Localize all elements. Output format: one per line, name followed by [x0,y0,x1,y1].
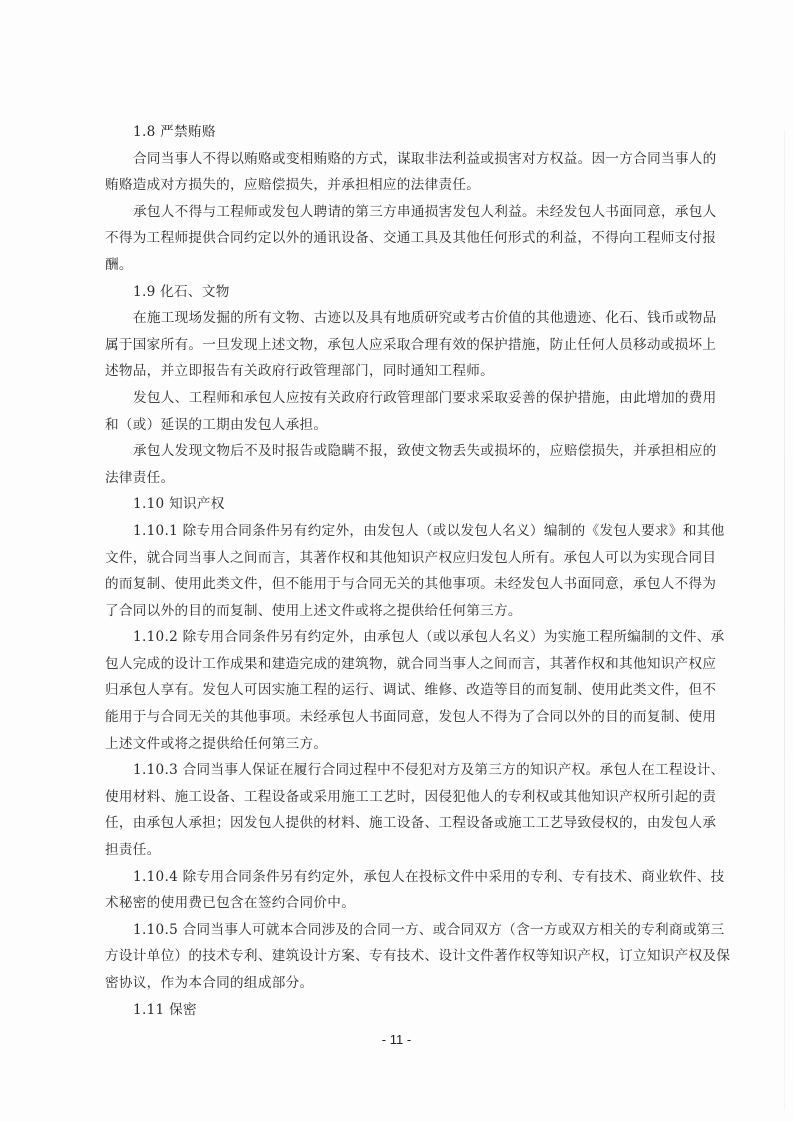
scan-edge-artifact [784,130,785,1110]
section-heading-1-9: 1.9 化石、文物 [105,279,689,306]
paragraph-line: 担责任。 [105,837,689,864]
section-heading-1-10: 1.10 知识产权 [105,491,689,518]
paragraph-line: 合同当事人不得以贿赂或变相贿赂的方式，谋取非法利益或损害对方权益。因一方合同当事… [105,146,689,173]
paragraph-line: 术秘密的使用费已包含在签约合同价中。 [105,890,689,917]
paragraph-line: 和（或）延误的工期由发包人承担。 [105,412,689,439]
paragraph-line: 的而复制、使用此类文件，但不能用于与合同无关的其他事项。未经发包人书面同意，承包… [105,571,689,598]
section-heading-1-8: 1.8 严禁贿赂 [105,119,689,146]
paragraph-line: 包人完成的设计工作成果和建造完成的建筑物，就合同当事人之间而言，其著作权和其他知… [105,651,689,678]
document-body: 1.8 严禁贿赂 合同当事人不得以贿赂或变相贿赂的方式，谋取非法利益或损害对方权… [105,119,689,1023]
paragraph-line: 承包人发现文物后不及时报告或隐瞒不报，致使文物丢失或损坏的，应赔偿损失，并承担相… [105,438,689,465]
paragraph-line: 承包人不得与工程师或发包人聘请的第三方串通损害发包人利益。未经发包人书面同意，承… [105,199,689,226]
page-number: - 11 - [0,1032,793,1047]
paragraph-line: 使用材料、施工设备、工程设备或采用施工工艺时，因侵犯他人的专利权或其他知识产权所… [105,784,689,811]
paragraph-line: 1.10.4 除专用合同条件另有约定外，承包人在投标文件中采用的专利、专有技术、… [105,864,689,891]
paragraph-line: 上述文件或将之提供给任何第三方。 [105,731,689,758]
paragraph-line: 1.10.1 除专用合同条件另有约定外，由发包人（或以发包人名义）编制的《发包人… [105,518,689,545]
paragraph-line: 任，由承包人承担；因发包人提供的材料、施工设备、工程设备或施工工艺导致侵权的，由… [105,810,689,837]
paragraph-line: 法律责任。 [105,465,689,492]
paragraph-line: 酬。 [105,252,689,279]
paragraph-line: 述物品，并立即报告有关政府行政管理部门，同时通知工程师。 [105,358,689,385]
section-heading-1-11: 1.11 保密 [105,997,689,1024]
paragraph-line: 归承包人享有。发包人可因实施工程的运行、调试、维修、改造等目的而复制、使用此类文… [105,677,689,704]
paragraph-line: 文件，就合同当事人之间而言，其著作权和其他知识产权应归发包人所有。承包人可以为实… [105,545,689,572]
paragraph-line: 1.10.3 合同当事人保证在履行合同过程中不侵犯对方及第三方的知识产权。承包人… [105,757,689,784]
paragraph-line: 1.10.5 合同当事人可就本合同涉及的合同一方、或合同双方（含一方或双方相关的… [105,917,689,944]
paragraph-line: 能用于与合同无关的其他事项。未经承包人书面同意，发包人不得为了合同以外的目的而复… [105,704,689,731]
paragraph-line: 贿赂造成对方损失的，应赔偿损失，并承担相应的法律责任。 [105,172,689,199]
paragraph-line: 在施工现场发掘的所有文物、古迹以及具有地质研究或考古价值的其他遗迹、化石、钱币或… [105,305,689,332]
paragraph-line: 方设计单位）的技术专利、建筑设计方案、专有技术、设计文件著作权等知识产权，订立知… [105,943,689,970]
paragraph-line: 密协议，作为本合同的组成部分。 [105,970,689,997]
paragraph-line: 不得为工程师提供合同约定以外的通讯设备、交通工具及其他任何形式的利益，不得向工程… [105,225,689,252]
document-page: 1.8 严禁贿赂 合同当事人不得以贿赂或变相贿赂的方式，谋取非法利益或损害对方权… [0,0,793,1122]
paragraph-line: 了合同以外的目的而复制、使用上述文件或将之提供给任何第三方。 [105,598,689,625]
paragraph-line: 1.10.2 除专用合同条件另有约定外，由承包人（或以承包人名义）为实施工程所编… [105,624,689,651]
paragraph-line: 发包人、工程师和承包人应按有关政府行政管理部门要求采取妥善的保护措施，由此增加的… [105,385,689,412]
paragraph-line: 属于国家所有。一旦发现上述文物，承包人应采取合理有效的保护措施，防止任何人员移动… [105,332,689,359]
